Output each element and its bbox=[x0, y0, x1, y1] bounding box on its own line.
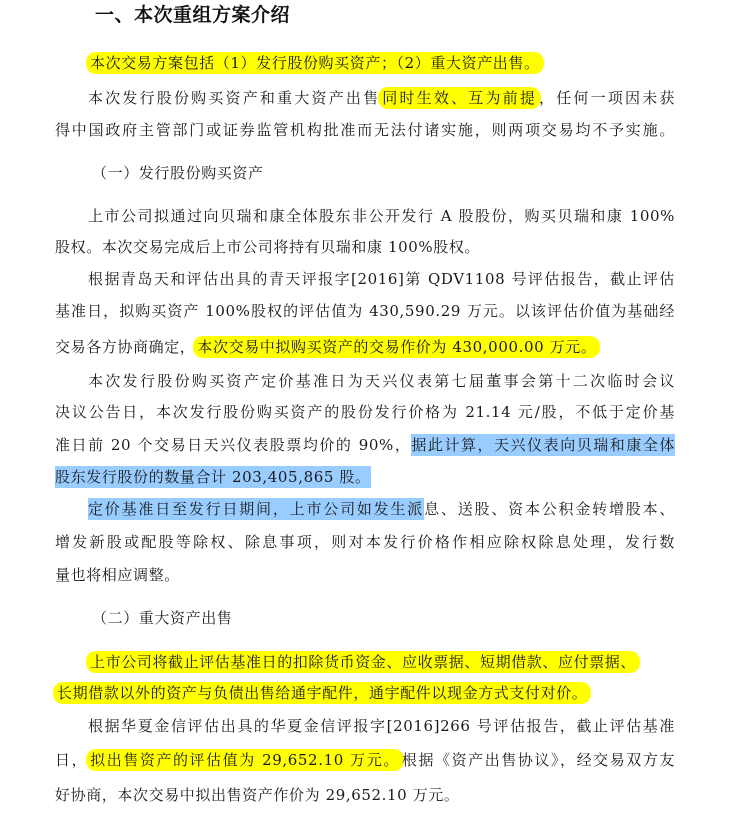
subsection-heading-share-issuance: （一）发行股份购买资产 bbox=[92, 161, 264, 185]
paragraph-acquisition-line1: 上市公司拟通过向贝瑞和康全体股东非公开发行 A 股股份，购买贝瑞和康 100% bbox=[88, 204, 675, 228]
paragraph-valuation-line3: 交易各方协商确定，本次交易中拟购买资产的交易作价为 430,000.00 万元。 bbox=[55, 335, 675, 359]
text-segment: 本次发行股份购买资产和重大资产出售 bbox=[88, 89, 380, 107]
paragraph-adjustment-line2: 增发新股或配股等除权、除息事项，则对本发行价格作相应除权除息处理，发行数 bbox=[55, 530, 675, 554]
paragraph-interdependence-line2: 得中国政府主管部门或证券监管机构批准而无法付诸实施，则两项交易均不予实施。 bbox=[55, 118, 675, 142]
highlight-yellow: 上市公司将截止评估基准日的扣除货币资金、应收票据、短期借款、应付票据、 bbox=[86, 651, 640, 673]
text-segment: 根据《资产出售协议》，经交易双方友 bbox=[402, 751, 675, 769]
highlight-blue: 据此计算，天兴仪表向贝瑞和康全体 bbox=[411, 434, 675, 456]
paragraph-scope: 本次交易方案包括（1）发行股份购买资产；（2）重大资产出售。 bbox=[88, 51, 675, 75]
section-heading: 一、本次重组方案介绍 bbox=[95, 0, 290, 30]
highlight-blue: 定价基准日至发行日期间，上市公司如发生派 bbox=[88, 498, 424, 520]
paragraph-asset-sale-line1: 上市公司将截止评估基准日的扣除货币资金、应收票据、短期借款、应付票据、 bbox=[88, 650, 675, 674]
highlight-yellow: 本次交易方案包括（1）发行股份购买资产；（2）重大资产出售。 bbox=[86, 52, 544, 74]
text-segment: 交易各方协商确定， bbox=[55, 338, 195, 356]
highlight-blue: 股东发行股份的数量合计 203,405,865 股。 bbox=[55, 466, 371, 488]
paragraph-pricing-line1: 本次发行股份购买资产定价基准日为天兴仪表第七届董事会第十二次临时会议 bbox=[88, 369, 675, 393]
highlight-yellow: 同时生效、互为前提 bbox=[378, 87, 541, 109]
paragraph-adjustment-line1: 定价基准日至发行日期间，上市公司如发生派息、送股、资本公积金转增股本、 bbox=[88, 497, 675, 521]
paragraph-pricing-line2: 决议公告日，本次发行股份购买资产的股份发行价格为 21.14 元/股，不低于定价… bbox=[55, 400, 675, 424]
text-segment: ，任何一项因未获 bbox=[539, 89, 675, 107]
paragraph-interdependence-line1: 本次发行股份购买资产和重大资产出售同时生效、互为前提，任何一项因未获 bbox=[88, 86, 675, 110]
paragraph-acquisition-line2: 股权。本次交易完成后上市公司将持有贝瑞和康 100%股权。 bbox=[55, 235, 675, 259]
paragraph-sale-valuation-line1: 根据华夏金信评估出具的华夏金信评报字[2016]266 号评估报告，截止评估基准 bbox=[88, 714, 675, 738]
paragraph-valuation-line2: 基准日，拟购买资产 100%股权的评估值为 430,590.29 万元。以该评估… bbox=[55, 299, 675, 323]
subsection-heading-asset-sale: （二）重大资产出售 bbox=[92, 606, 232, 630]
highlight-yellow: 长期借款以外的资产与负债出售给通宇配件，通宇配件以现金方式支付对价。 bbox=[53, 682, 591, 704]
paragraph-pricing-line3: 准日前 20 个交易日天兴仪表股票均价的 90%，据此计算，天兴仪表向贝瑞和康全… bbox=[55, 433, 675, 457]
document-page: 一、本次重组方案介绍 本次交易方案包括（1）发行股份购买资产；（2）重大资产出售… bbox=[0, 0, 730, 820]
text-segment: 日， bbox=[55, 751, 88, 769]
paragraph-sale-valuation-line2: 日，拟出售资产的评估值为 29,652.10 万元。根据《资产出售协议》，经交易… bbox=[55, 748, 675, 772]
paragraph-pricing-line4: 股东发行股份的数量合计 203,405,865 股。 bbox=[55, 465, 675, 489]
highlight-yellow: 拟出售资产的评估值为 29,652.10 万元。 bbox=[86, 749, 404, 771]
text-segment: 准日前 20 个交易日天兴仪表股票均价的 90%， bbox=[55, 436, 411, 454]
paragraph-sale-valuation-line3: 好协商，本次交易中拟出售资产作价为 29,652.10 万元。 bbox=[55, 783, 675, 807]
paragraph-asset-sale-line2: 长期借款以外的资产与负债出售给通宇配件，通宇配件以现金方式支付对价。 bbox=[55, 681, 675, 705]
text-segment: 息、送股、资本公积金转增股本、 bbox=[424, 500, 675, 518]
paragraph-valuation-line1: 根据青岛天和评估出具的青天评报字[2016]第 QDV1108 号评估报告，截止… bbox=[88, 267, 675, 291]
highlight-yellow: 本次交易中拟购买资产的交易作价为 430,000.00 万元。 bbox=[193, 336, 600, 358]
paragraph-adjustment-line3: 量也将相应调整。 bbox=[55, 563, 675, 587]
